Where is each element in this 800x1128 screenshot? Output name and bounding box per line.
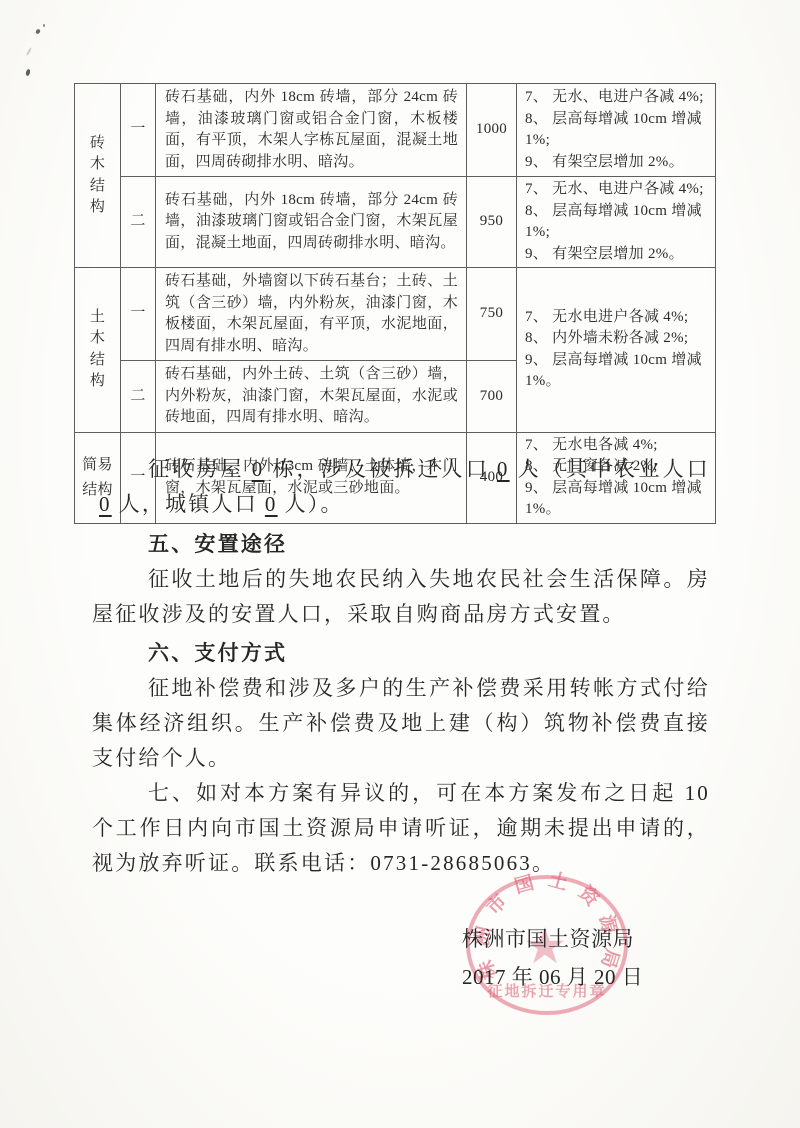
grade-cell: 一 bbox=[121, 268, 156, 361]
table-row: 土 木 结 构 一 砖石基础，外墙窗以下砖石基台；土砖、土筑（含三砂）墙，内外粉… bbox=[75, 268, 716, 361]
underlined-value: 0 bbox=[258, 492, 285, 516]
table-row: 砖 木 结 构 一 砖石基础，内外 18cm 砖墙，部分 24cm 砖墙，油漆玻… bbox=[75, 84, 716, 177]
document-page: 砖 木 结 构 一 砖石基础，内外 18cm 砖墙，部分 24cm 砖墙，油漆玻… bbox=[0, 0, 800, 1128]
notes-cell: 7、 无水、电进户各减 4%; 8、 层高每增减 10cm 增减 1%; 9、 … bbox=[517, 84, 716, 177]
description-cell: 砖石基础，内外土砖、土筑（含三砂）墙，内外粉灰，油漆门窗，木架瓦屋面，水泥或砖地… bbox=[156, 361, 467, 433]
notes-cell: 7、 无水电进户各减 4%; 8、 内外墙未粉各减 2%; 9、 层高每增减 1… bbox=[517, 268, 716, 433]
grade-cell: 一 bbox=[121, 84, 156, 177]
description-cell: 砖石基础，内外 18cm 砖墙，部分 24cm 砖墙，油漆玻璃门窗或铝合金门窗，… bbox=[156, 177, 467, 268]
signature-date: 2017 年 06 月 20 日 bbox=[462, 961, 643, 991]
document-body: 征收房屋0栋，涉及被拆迁人口0人（其中农业人口0人，城镇人口0人）。 五、安置途… bbox=[92, 452, 710, 881]
text-segment: 栋，涉及被拆迁人口 bbox=[271, 457, 490, 481]
section-heading-payment: 六、支付方式 bbox=[92, 636, 710, 671]
value-cell: 700 bbox=[467, 361, 517, 433]
structure-cell: 土 木 结 构 bbox=[75, 268, 121, 433]
paragraph-house-count: 征收房屋0栋，涉及被拆迁人口0人（其中农业人口0人，城镇人口0人）。 bbox=[92, 452, 710, 522]
ink-speck bbox=[35, 28, 41, 34]
signature-org: 株洲市国土资源局 bbox=[462, 923, 634, 953]
structure-cell: 砖 木 结 构 bbox=[75, 84, 121, 268]
ink-speck bbox=[26, 47, 32, 56]
text-segment: 人）。 bbox=[285, 492, 344, 516]
description-cell: 砖石基础，内外 18cm 砖墙，部分 24cm 砖墙，油漆玻璃门窗或铝合金门窗，… bbox=[156, 84, 467, 177]
underlined-value: 0 bbox=[92, 492, 119, 516]
value-cell: 950 bbox=[467, 177, 517, 268]
paragraph-resettlement: 征收土地后的失地农民纳入失地农民社会生活保障。房屋征收涉及的安置人口，采取自购商… bbox=[92, 562, 710, 632]
description-cell: 砖石基础，外墙窗以下砖石基台；土砖、土筑（含三砂）墙，内外粉灰，油漆门窗，木板楼… bbox=[156, 268, 467, 361]
grade-cell: 二 bbox=[121, 177, 156, 268]
ink-speck bbox=[43, 24, 45, 27]
underlined-value: 0 bbox=[490, 457, 517, 481]
value-cell: 750 bbox=[467, 268, 517, 361]
text-segment: 征收房屋 bbox=[148, 457, 245, 481]
text-segment: 人（其中农业人口 bbox=[517, 457, 710, 481]
grade-cell: 二 bbox=[121, 361, 156, 433]
underlined-value: 0 bbox=[245, 457, 272, 481]
paragraph-payment: 征地补偿费和涉及多户的生产补偿费采用转帐方式付给集体经济组织。生产补偿费及地上建… bbox=[92, 671, 710, 776]
ink-speck bbox=[25, 69, 31, 77]
value-cell: 1000 bbox=[467, 84, 517, 177]
notes-cell: 7、 无水、电进户各减 4%; 8、 层高每增减 10cm 增减 1%; 9、 … bbox=[517, 177, 716, 268]
text-segment: 人，城镇人口 bbox=[119, 492, 258, 516]
section-heading-resettlement: 五、安置途径 bbox=[92, 527, 710, 562]
table-row: 二 砖石基础，内外 18cm 砖墙，部分 24cm 砖墙，油漆玻璃门窗或铝合金门… bbox=[75, 177, 716, 268]
